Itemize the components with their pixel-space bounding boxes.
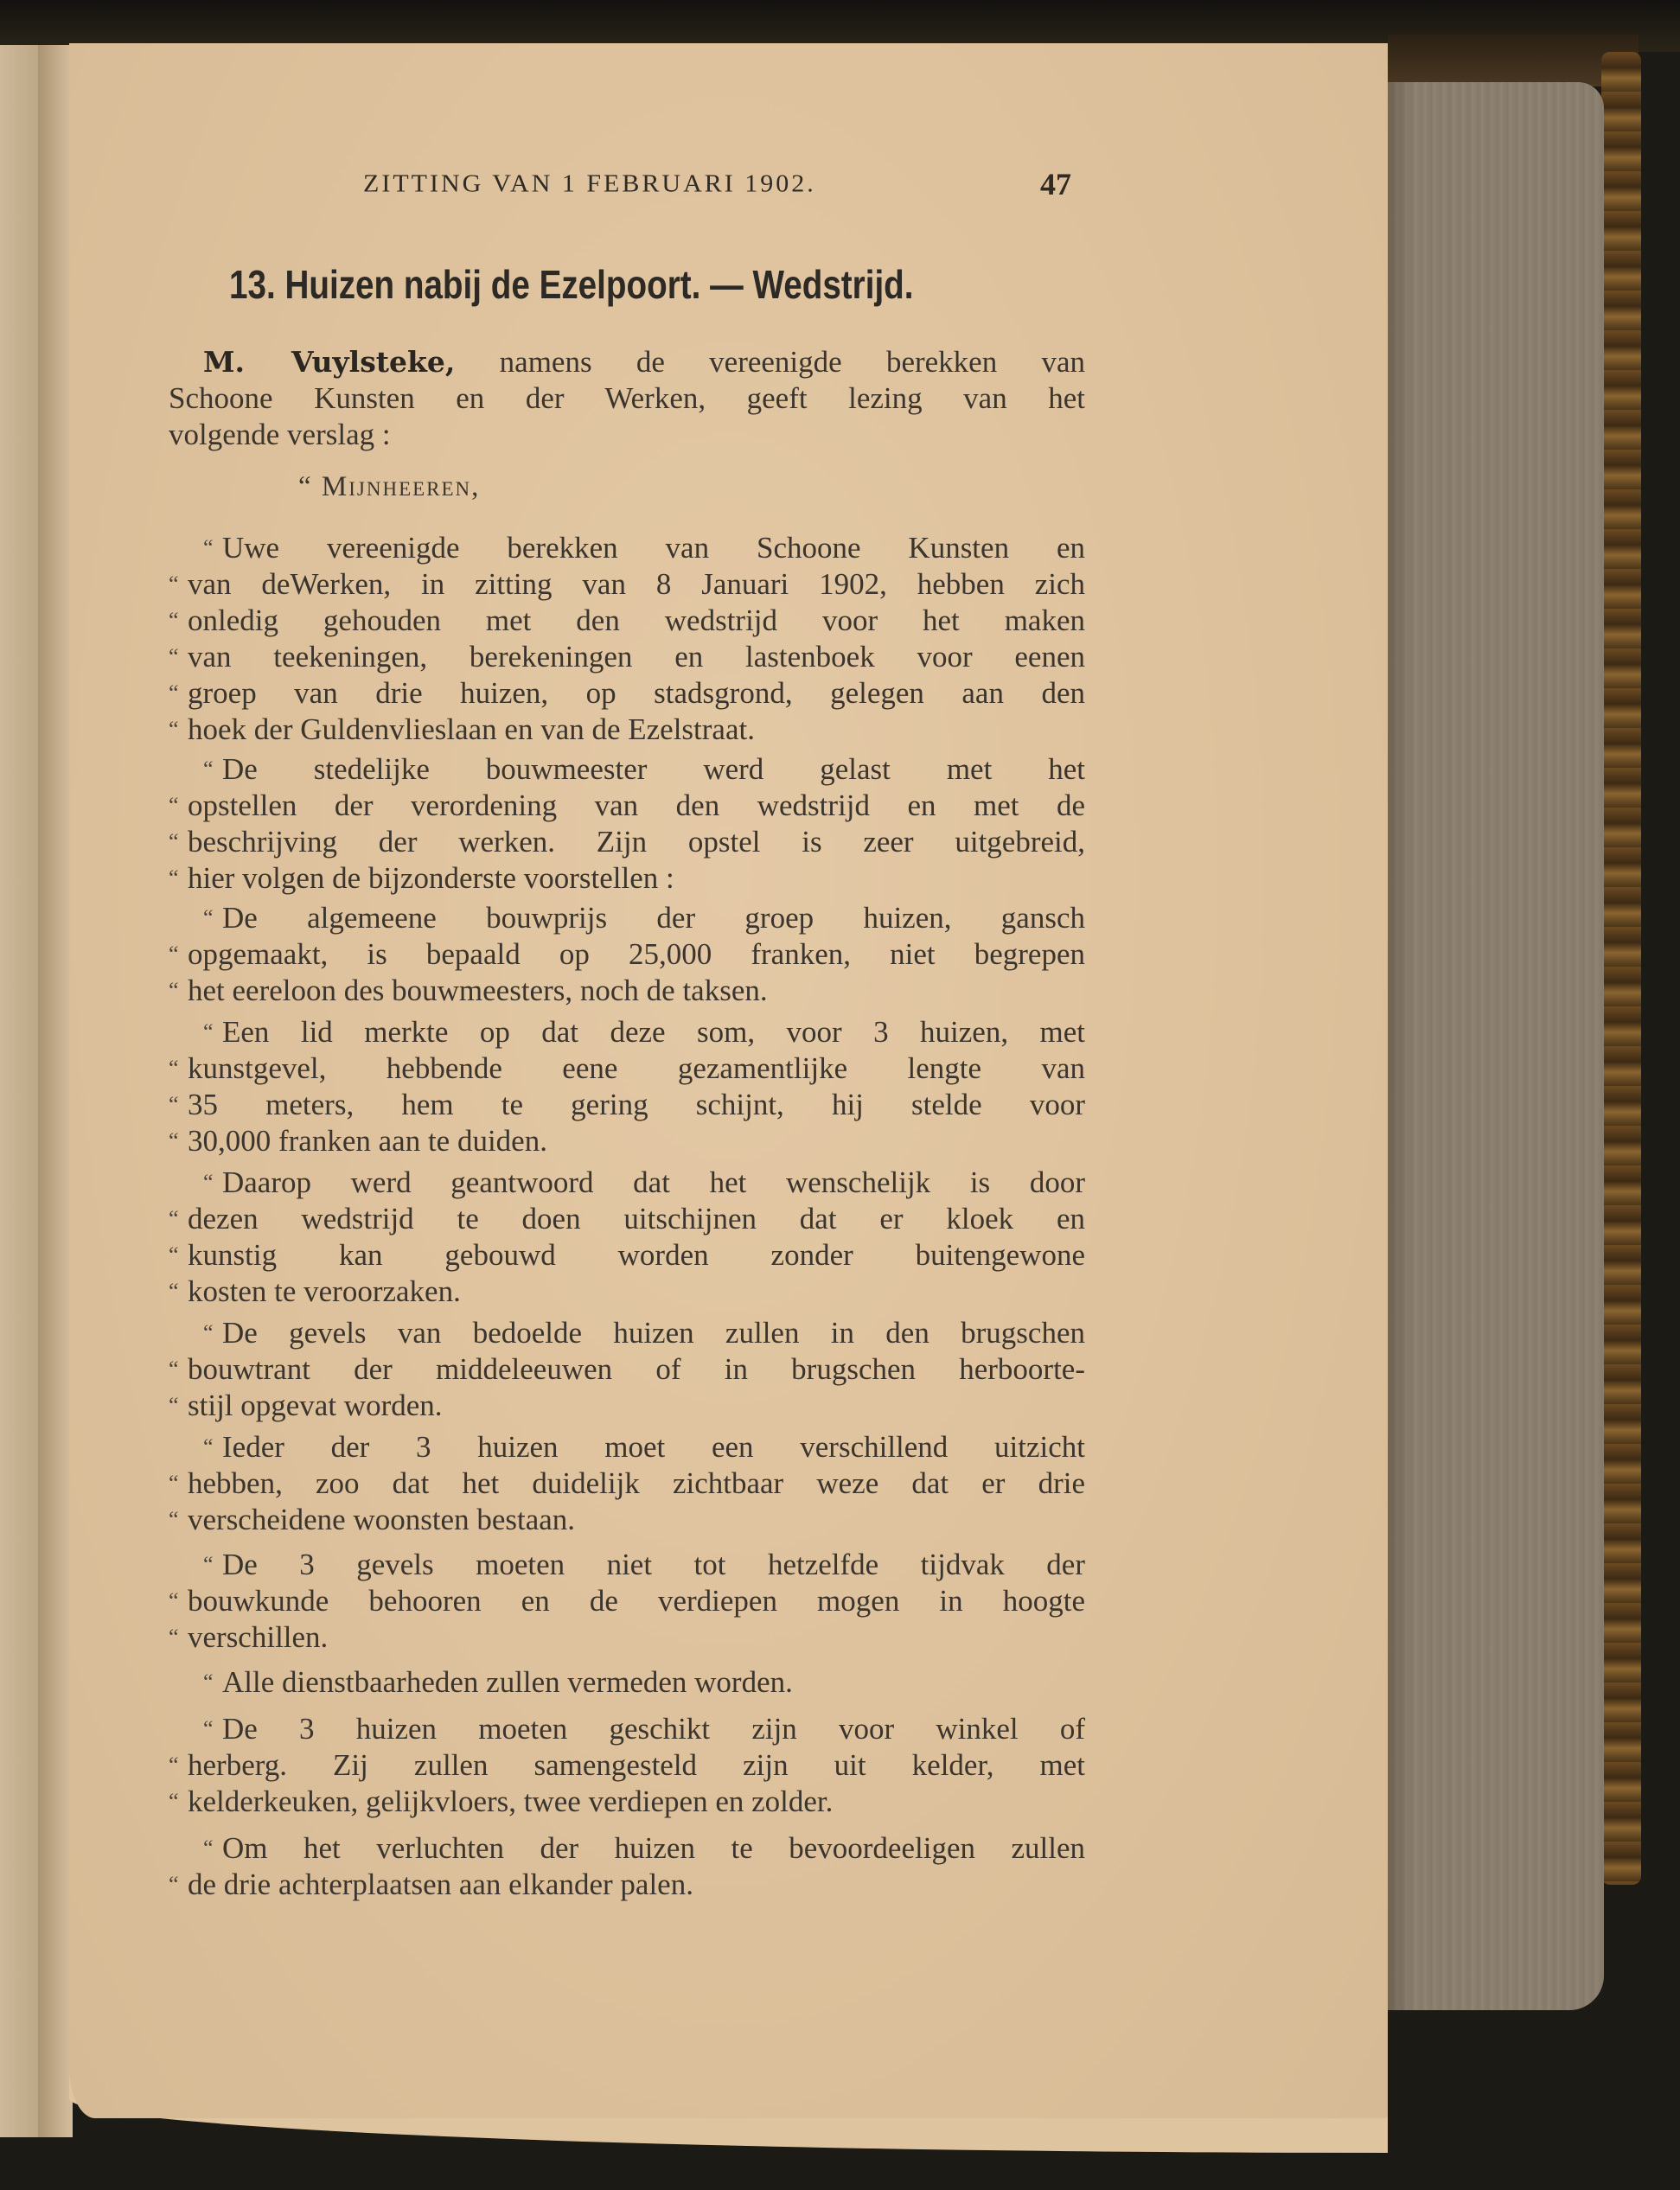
paragraph-line: “herberg. Zij zullen samengesteld zijn u… — [169, 1747, 1085, 1784]
paragraph-first-line: “Ieder der 3 huizen moet een verschillen… — [203, 1429, 1085, 1465]
paragraph-first-line: “De stedelijke bouwmeester werd gelast m… — [203, 751, 1085, 788]
paragraph-line: “groep van drie huizen, op stadsgrond, g… — [169, 675, 1085, 712]
quote-mark: “ — [203, 530, 222, 566]
paragraph-line: “beschrijving der werken. Zijn opstel is… — [169, 824, 1085, 860]
paragraph-line: “verscheidene woonsten bestaan. — [169, 1502, 1085, 1538]
line-text: De algemeene bouwprijs der groep huizen,… — [222, 901, 1085, 935]
paragraph-line: “hier volgen de bijzonderste voorstellen… — [169, 860, 1085, 897]
paragraph-first-line: “Daarop werd geantwoord dat het wenschel… — [203, 1165, 1085, 1201]
paragraph-line: “van deWerken, in zitting van 8 Januari … — [169, 566, 1085, 603]
paragraph-line: “het eereloon des bouwmeesters, noch de … — [169, 973, 1085, 1009]
line-text: stijl opgevat worden. — [188, 1389, 443, 1422]
paragraph-first-line: “Alle dienstbaarheden zullen vermeden wo… — [203, 1664, 1085, 1701]
quote-mark: “ — [169, 1747, 188, 1784]
intro-line: M. Vuylsteke, namens de vereenigde berek… — [203, 344, 1085, 380]
quote-mark: “ — [169, 712, 188, 748]
paragraph-line: “bouwkunde behooren en de verdiepen moge… — [169, 1583, 1085, 1619]
line-text: het eereloon des bouwmeesters, noch de t… — [188, 974, 768, 1007]
section-title: 13. Huizen nabij de Ezelpoort. — Wedstri… — [229, 261, 914, 308]
paragraph-line: “onledig gehouden met den wedstrijd voor… — [169, 603, 1085, 639]
line-text: De 3 gevels moeten niet tot hetzelfde ti… — [222, 1548, 1085, 1581]
paragraph-line: “35 meters, hem te gering schijnt, hij s… — [169, 1087, 1085, 1123]
paragraph-first-line: “Uwe vereenigde berekken van Schoone Kun… — [203, 530, 1085, 566]
intro-line: Schoone Kunsten en der Werken, geeft lez… — [169, 380, 1085, 417]
line-text: verscheidene woonsten bestaan. — [188, 1503, 575, 1536]
paragraph-line: “stijl opgevat worden. — [169, 1388, 1085, 1424]
line-text: opgemaakt, is bepaald op 25,000 franken,… — [188, 937, 1085, 971]
quote-mark: “ — [203, 1664, 222, 1701]
quote-mark: “ — [169, 1388, 188, 1424]
quote-mark: “ — [169, 1087, 188, 1123]
line-text: Alle dienstbaarheden zullen vermeden wor… — [222, 1665, 793, 1699]
line-text: herberg. Zij zullen samengesteld zijn ui… — [188, 1748, 1085, 1782]
line-text: onledig gehouden met den wedstrijd voor … — [188, 603, 1085, 637]
quote-mark: “ — [169, 1123, 188, 1159]
line-text: De stedelijke bouwmeester werd gelast me… — [222, 752, 1085, 786]
paragraph-line: “kunstig kan gebouwd worden zonder buite… — [169, 1237, 1085, 1274]
paragraph-line: “hoek der Guldenvlieslaan en van de Ezel… — [169, 712, 1085, 748]
line-text: dezen wedstrijd te doen uitschijnen dat … — [188, 1202, 1085, 1235]
intro-text: namens de vereenigde berekken van — [500, 345, 1085, 379]
paragraph-line: “de drie achterplaatsen aan elkander pal… — [169, 1867, 1085, 1903]
quote-mark: “ — [169, 1784, 188, 1820]
line-text: Een lid merkte op dat deze som, voor 3 h… — [222, 1015, 1085, 1049]
speaker-name: M. Vuylsteke, — [203, 345, 455, 379]
line-text: hoek der Guldenvlieslaan en van de Ezels… — [188, 712, 755, 746]
line-text: 30,000 franken aan te duiden. — [188, 1124, 547, 1158]
paragraph-first-line: “De 3 gevels moeten niet tot hetzelfde t… — [203, 1547, 1085, 1583]
quote-mark: “ — [169, 1050, 188, 1087]
paragraph-line: “bouwtrant der middeleeuwen of in brugsc… — [169, 1351, 1085, 1388]
quote-mark: “ — [169, 1351, 188, 1388]
line-text: 35 meters, hem te gering schijnt, hij st… — [188, 1088, 1085, 1121]
paragraph-line: “verschillen. — [169, 1619, 1085, 1656]
quote-mark: “ — [169, 1465, 188, 1502]
quote-mark: “ — [169, 936, 188, 973]
line-text: kunstgevel, hebbende eene gezamentlijke … — [188, 1051, 1085, 1085]
quote-mark: “ — [169, 1274, 188, 1310]
quote-mark: “ — [169, 824, 188, 860]
line-text: van teekeningen, berekeningen en lastenb… — [188, 640, 1085, 674]
quote-mark: “ — [169, 860, 188, 897]
paragraph-first-line: “Een lid merkte op dat deze som, voor 3 … — [203, 1014, 1085, 1050]
line-text: opstellen der verordening van den wedstr… — [188, 789, 1085, 822]
quote-mark: “ — [169, 639, 188, 675]
quote-mark: “ — [169, 973, 188, 1009]
paragraph-line: “kelderkeuken, gelijkvloers, twee verdie… — [169, 1784, 1085, 1820]
quote-mark: “ — [203, 1165, 222, 1201]
line-text: hier volgen de bijzonderste voorstellen … — [188, 861, 674, 895]
intro-line: volgende verslag : — [169, 417, 1085, 453]
line-text: kosten te veroorzaken. — [188, 1274, 461, 1308]
line-text: bouwkunde behooren en de verdiepen mogen… — [188, 1584, 1085, 1618]
quote-mark: “ — [169, 1502, 188, 1538]
running-head: ZITTING VAN 1 FEBRUARI 1902. — [363, 170, 816, 198]
line-text: De gevels van bedoelde huizen zullen in … — [222, 1316, 1085, 1350]
page-text: ZITTING VAN 1 FEBRUARI 1902. 47 13. Huiz… — [0, 0, 1680, 2190]
paragraph-line: “kosten te veroorzaken. — [169, 1274, 1085, 1310]
quote-mark: “ — [203, 1315, 222, 1351]
line-text: beschrijving der werken. Zijn opstel is … — [188, 825, 1085, 859]
line-text: kunstig kan gebouwd worden zonder buiten… — [188, 1238, 1085, 1272]
paragraph-line: “kunstgevel, hebbende eene gezamentlijke… — [169, 1050, 1085, 1087]
paragraph-line: “opgemaakt, is bepaald op 25,000 franken… — [169, 936, 1085, 973]
quote-mark: “ — [203, 1830, 222, 1867]
paragraph-first-line: “Om het verluchten der huizen te bevoord… — [203, 1830, 1085, 1867]
quote-mark: “ — [169, 603, 188, 639]
salutation: “ Mijnheeren, — [298, 471, 480, 503]
quote-mark: “ — [169, 566, 188, 603]
quote-mark: “ — [169, 1237, 188, 1274]
paragraph-line: “dezen wedstrijd te doen uitschijnen dat… — [169, 1201, 1085, 1237]
quote-mark: “ — [169, 788, 188, 824]
line-text: Uwe vereenigde berekken van Schoone Kuns… — [222, 531, 1085, 565]
line-text: Daarop werd geantwoord dat het wenscheli… — [222, 1165, 1085, 1199]
paragraph-line: “hebben, zoo dat het duidelijk zichtbaar… — [169, 1465, 1085, 1502]
quote-mark: “ — [169, 1583, 188, 1619]
paragraph-first-line: “De gevels van bedoelde huizen zullen in… — [203, 1315, 1085, 1351]
paragraph-first-line: “De 3 huizen moeten geschikt zijn voor w… — [203, 1711, 1085, 1747]
quote-mark: “ — [169, 1619, 188, 1656]
quote-mark: “ — [203, 900, 222, 936]
quote-mark: “ — [203, 1429, 222, 1465]
line-text: groep van drie huizen, op stadsgrond, ge… — [188, 676, 1085, 710]
paragraph-line: “30,000 franken aan te duiden. — [169, 1123, 1085, 1159]
line-text: De 3 huizen moeten geschikt zijn voor wi… — [222, 1712, 1085, 1746]
page-number: 47 — [1040, 166, 1071, 202]
quote-mark: “ — [169, 675, 188, 712]
line-text: kelderkeuken, gelijkvloers, twee verdiep… — [188, 1785, 833, 1818]
line-text: de drie achterplaatsen aan elkander pale… — [188, 1868, 693, 1901]
quote-mark: “ — [203, 751, 222, 788]
paragraph-first-line: “De algemeene bouwprijs der groep huizen… — [203, 900, 1085, 936]
quote-mark: “ — [203, 1014, 222, 1050]
line-text: bouwtrant der middeleeuwen of in brugsch… — [188, 1352, 1085, 1386]
quote-mark: “ — [169, 1201, 188, 1237]
paragraph-line: “van teekeningen, berekeningen en lasten… — [169, 639, 1085, 675]
line-text: van deWerken, in zitting van 8 Januari 1… — [188, 567, 1085, 601]
line-text: Om het verluchten der huizen te bevoorde… — [222, 1831, 1085, 1865]
line-text: verschillen. — [188, 1620, 328, 1654]
quote-mark: “ — [203, 1711, 222, 1747]
paragraph-line: “opstellen der verordening van den wedst… — [169, 788, 1085, 824]
quote-mark: “ — [203, 1547, 222, 1583]
quote-mark: “ — [169, 1867, 188, 1903]
line-text: Ieder der 3 huizen moet een verschillend… — [222, 1430, 1085, 1464]
line-text: hebben, zoo dat het duidelijk zichtbaar … — [188, 1466, 1085, 1500]
